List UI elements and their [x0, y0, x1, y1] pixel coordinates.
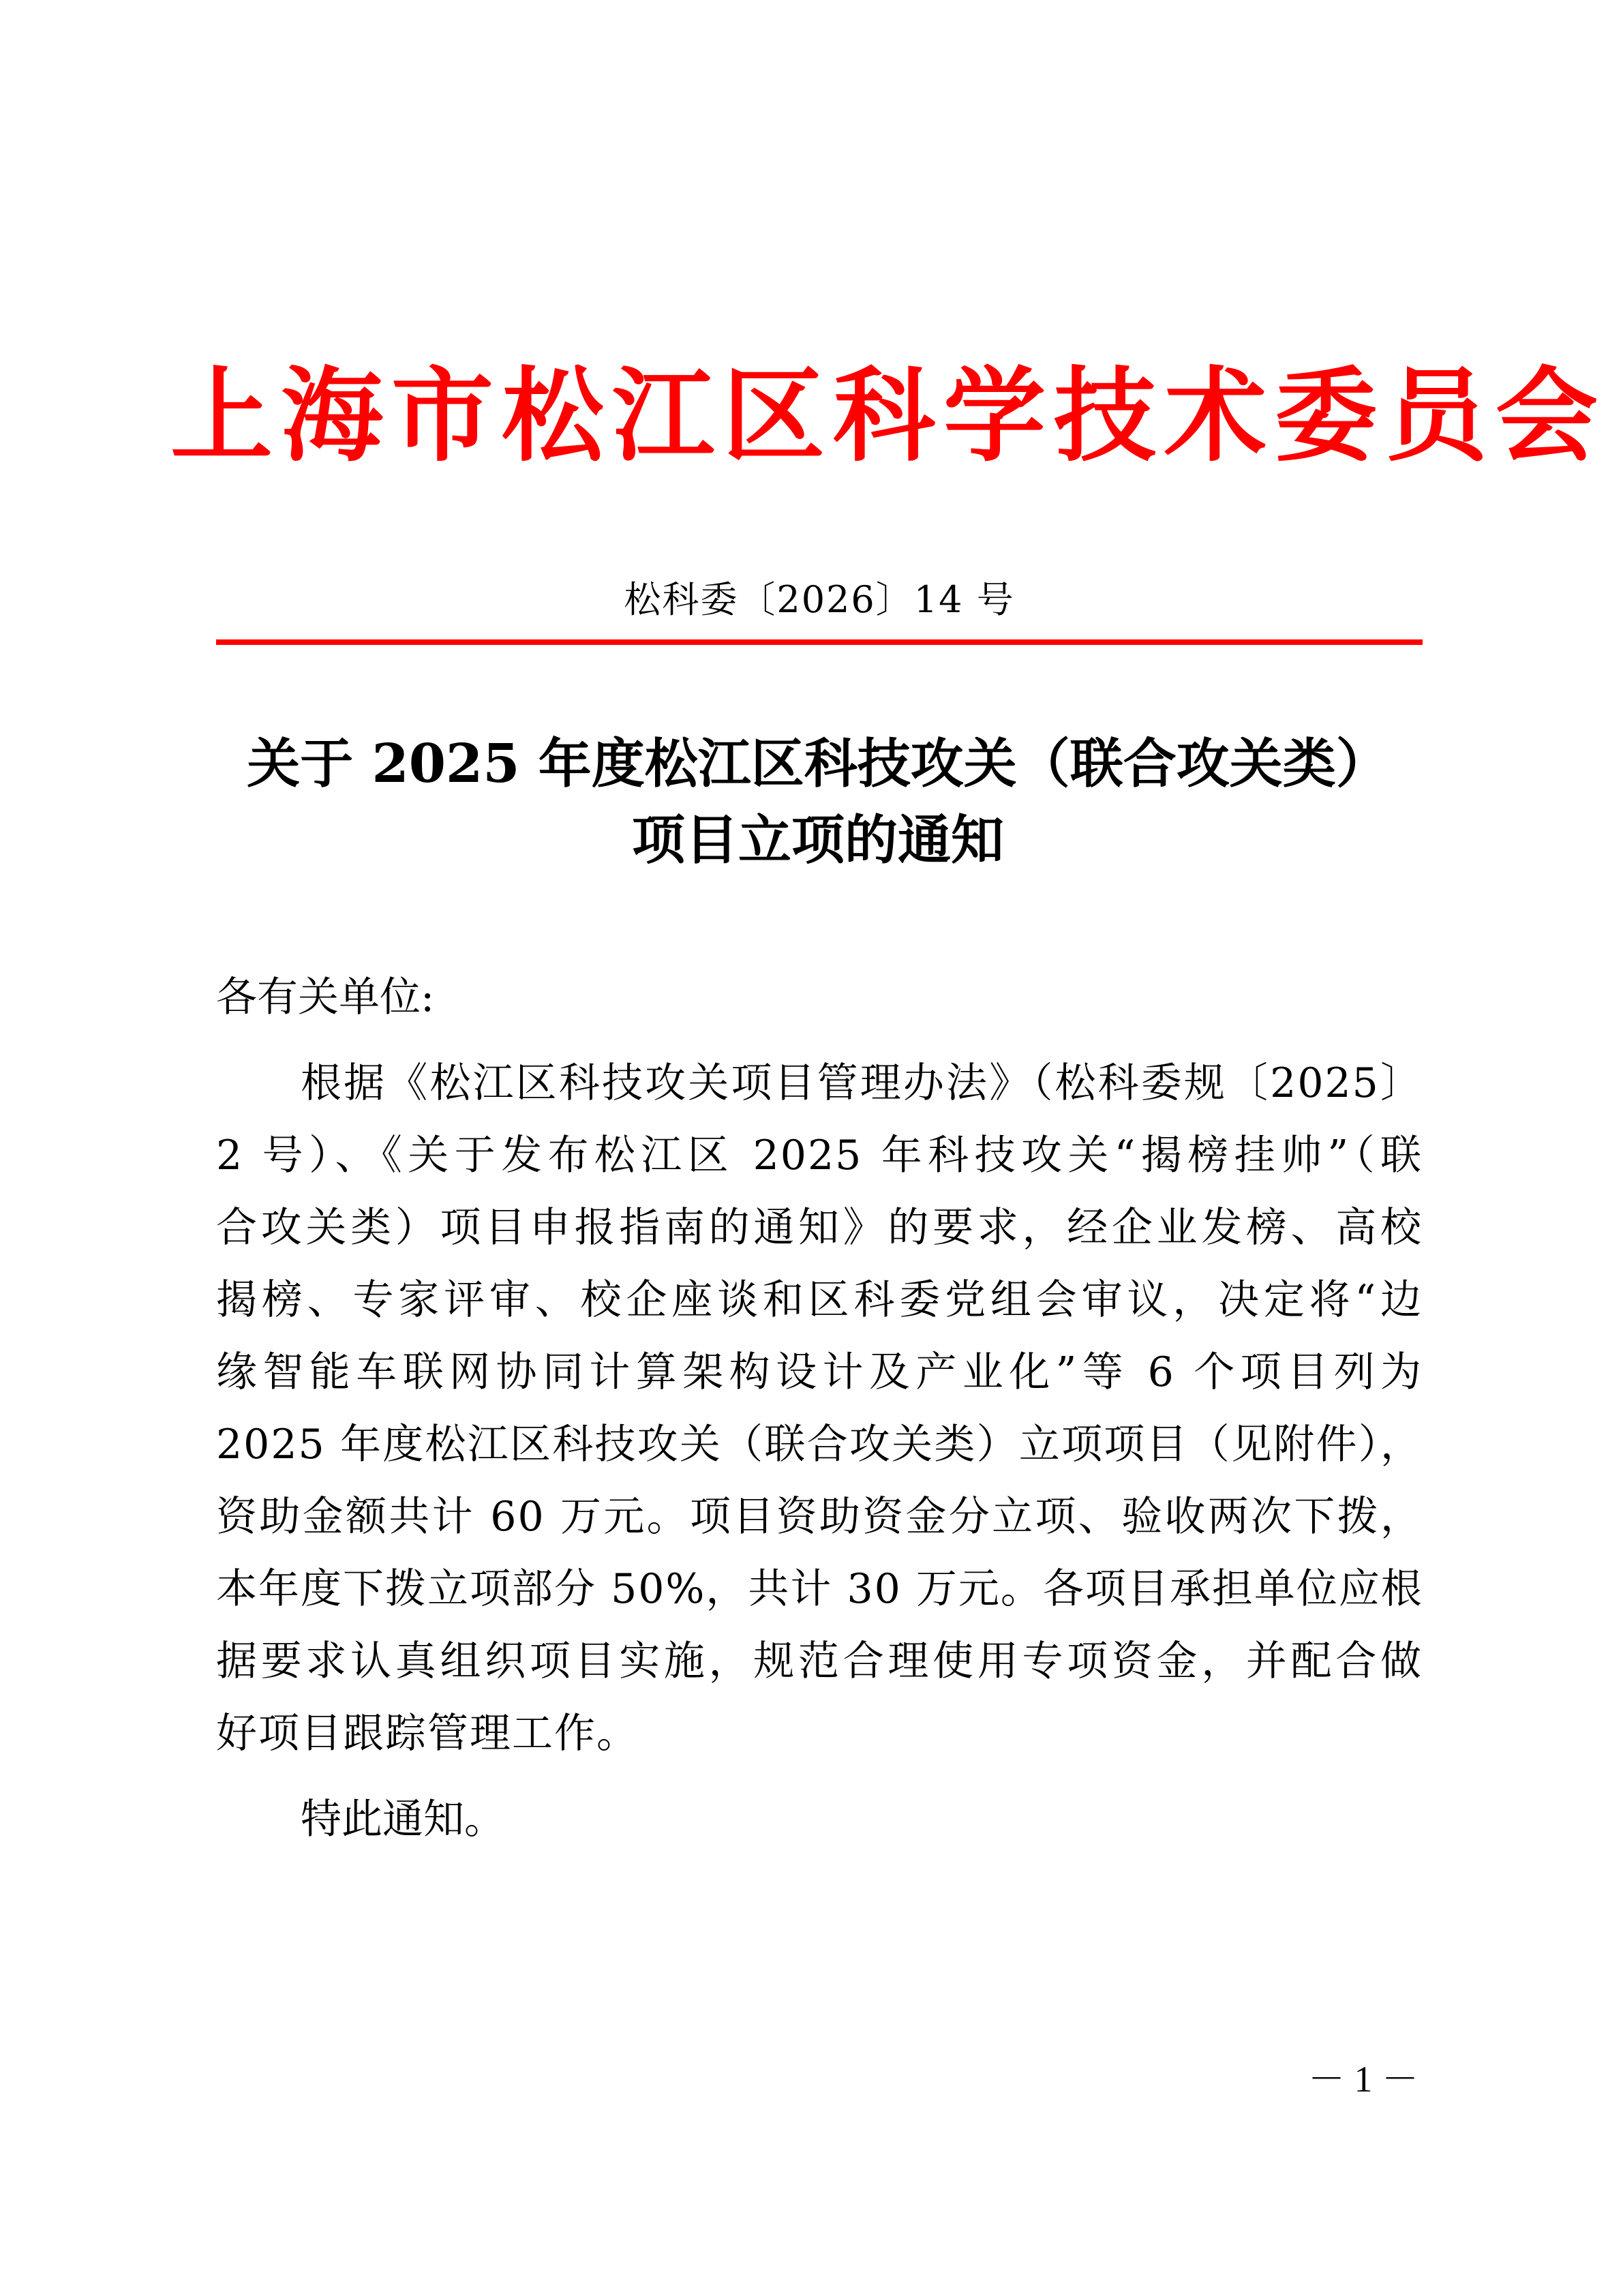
document-number: 松科委〔2026〕14 号	[216, 576, 1423, 624]
salutation: 各有关单位:	[216, 961, 1423, 1033]
body-line: 根据《松江区科技攻关项目管理办法》（松科委规〔2025〕	[216, 1047, 1423, 1119]
document-body: 各有关单位: 根据《松江区科技攻关项目管理办法》（松科委规〔2025〕 2 号）…	[216, 961, 1423, 1856]
closing-remark: 特此通知。	[216, 1783, 1423, 1856]
body-line: 本年度下拨立项部分 50%，共计 30 万元。各项目承担单位应根	[216, 1553, 1423, 1625]
red-divider-rule	[216, 639, 1423, 645]
body-line: 2 号）、《关于发布松江区 2025 年科技攻关“揭榜挂帅”（联	[216, 1119, 1423, 1192]
masthead-org-name: 上海市松江区科学技术委员会	[170, 354, 1452, 477]
page-number: － 1 －	[1295, 2059, 1431, 2100]
body-line: 2025 年度松江区科技攻关（联合攻关类）立项项目（见附件），	[216, 1408, 1423, 1481]
body-line: 好项目跟踪管理工作。	[216, 1697, 1423, 1770]
body-line: 据要求认真组织项目实施，规范合理使用专项资金，并配合做	[216, 1625, 1423, 1697]
title-line-1: 关于 2025 年度松江区科技攻关（联合攻关类）	[191, 726, 1445, 802]
document-title: 关于 2025 年度松江区科技攻关（联合攻关类） 项目立项的通知	[191, 726, 1445, 879]
body-line: 合攻关类）项目申报指南的通知》的要求，经企业发榜、高校	[216, 1192, 1423, 1264]
document-page: 上海市松江区科学技术委员会 松科委〔2026〕14 号 关于 2025 年度松江…	[0, 0, 1623, 2296]
body-line: 揭榜、专家评审、校企座谈和区科委党组会审议，决定将“边	[216, 1264, 1423, 1336]
body-line: 资助金额共计 60 万元。项目资助资金分立项、验收两次下拨，	[216, 1481, 1423, 1553]
body-line: 缘智能车联网协同计算架构设计及产业化”等 6 个项目列为	[216, 1336, 1423, 1408]
title-line-2: 项目立项的通知	[191, 802, 1445, 879]
